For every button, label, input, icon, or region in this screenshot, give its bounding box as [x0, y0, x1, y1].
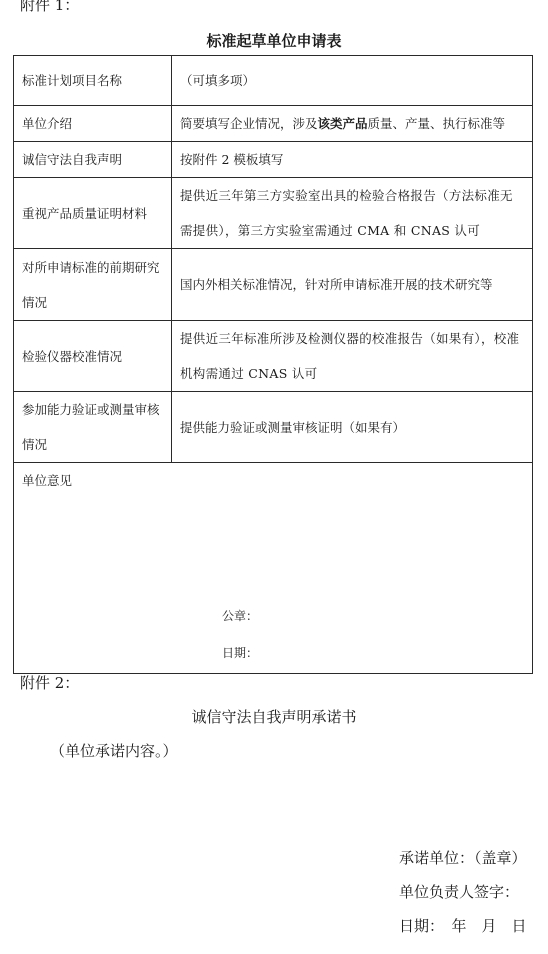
row-value: 简要填写企业情况，涉及该类产品质量、产量、执行标准等 — [172, 106, 533, 142]
opinion-cell: 单位意见 公章： 日期： — [14, 463, 533, 674]
opinion-label: 单位意见 — [22, 463, 72, 498]
table-row: 诚信守法自我声明 按附件 2 模板填写 — [14, 142, 533, 178]
row-label: 标准计划项目名称 — [14, 56, 172, 106]
value-text: 简要填写企业情况，涉及 — [180, 116, 318, 131]
row-label: 参加能力验证或测量审核情况 — [14, 392, 172, 463]
form-title: 标准起草单位申请表 — [0, 30, 548, 51]
attachment-1-heading: 附件 1： — [20, 0, 79, 15]
value-bold-text: 该类产品 — [318, 116, 368, 131]
row-label: 检验仪器校准情况 — [14, 321, 172, 392]
row-value: 提供能力验证或测量审核证明（如果有） — [172, 392, 533, 463]
row-value: 提供近三年标准所涉及检测仪器的校准报告（如果有），校准机构需通过 CNAS 认可 — [172, 321, 533, 392]
seal-label: 公章： — [222, 599, 258, 634]
date-label: 日期： — [222, 636, 258, 671]
pledge-unit-signature: 承诺单位：（盖章） — [399, 847, 527, 868]
table-row: 检验仪器校准情况 提供近三年标准所涉及检测仪器的校准报告（如果有），校准机构需通… — [14, 321, 533, 392]
opinion-row: 单位意见 公章： 日期： — [14, 463, 533, 674]
pledge-date: 日期： 年 月 日 — [399, 915, 527, 936]
row-label: 重视产品质量证明材料 — [14, 178, 172, 249]
row-value: 提供近三年第三方实验室出具的检验合格报告（方法标准无需提供），第三方实验室需通过… — [172, 178, 533, 249]
table-row: 对所申请标准的前期研究情况 国内外相关标准情况，针对所申请标准开展的技术研究等 — [14, 249, 533, 321]
row-label: 诚信守法自我声明 — [14, 142, 172, 178]
value-text: 质量、产量、执行标准等 — [368, 116, 506, 131]
attachment-2-heading: 附件 2： — [20, 672, 79, 693]
application-form-table: 标准计划项目名称 （可填多项） 单位介绍 简要填写企业情况，涉及该类产品质量、产… — [13, 55, 533, 674]
table-row: 重视产品质量证明材料 提供近三年第三方实验室出具的检验合格报告（方法标准无需提供… — [14, 178, 533, 249]
table-row: 单位介绍 简要填写企业情况，涉及该类产品质量、产量、执行标准等 — [14, 106, 533, 142]
table-row: 参加能力验证或测量审核情况 提供能力验证或测量审核证明（如果有） — [14, 392, 533, 463]
pledge-leader-signature: 单位负责人签字： — [399, 881, 519, 902]
table-row: 标准计划项目名称 （可填多项） — [14, 56, 533, 106]
row-label: 对所申请标准的前期研究情况 — [14, 249, 172, 321]
row-value: 国内外相关标准情况，针对所申请标准开展的技术研究等 — [172, 249, 533, 321]
row-value: 按附件 2 模板填写 — [172, 142, 533, 178]
row-label: 单位介绍 — [14, 106, 172, 142]
row-value: （可填多项） — [172, 56, 533, 106]
pledge-title: 诚信守法自我声明承诺书 — [0, 706, 548, 727]
pledge-body: （单位承诺内容。） — [50, 740, 178, 761]
